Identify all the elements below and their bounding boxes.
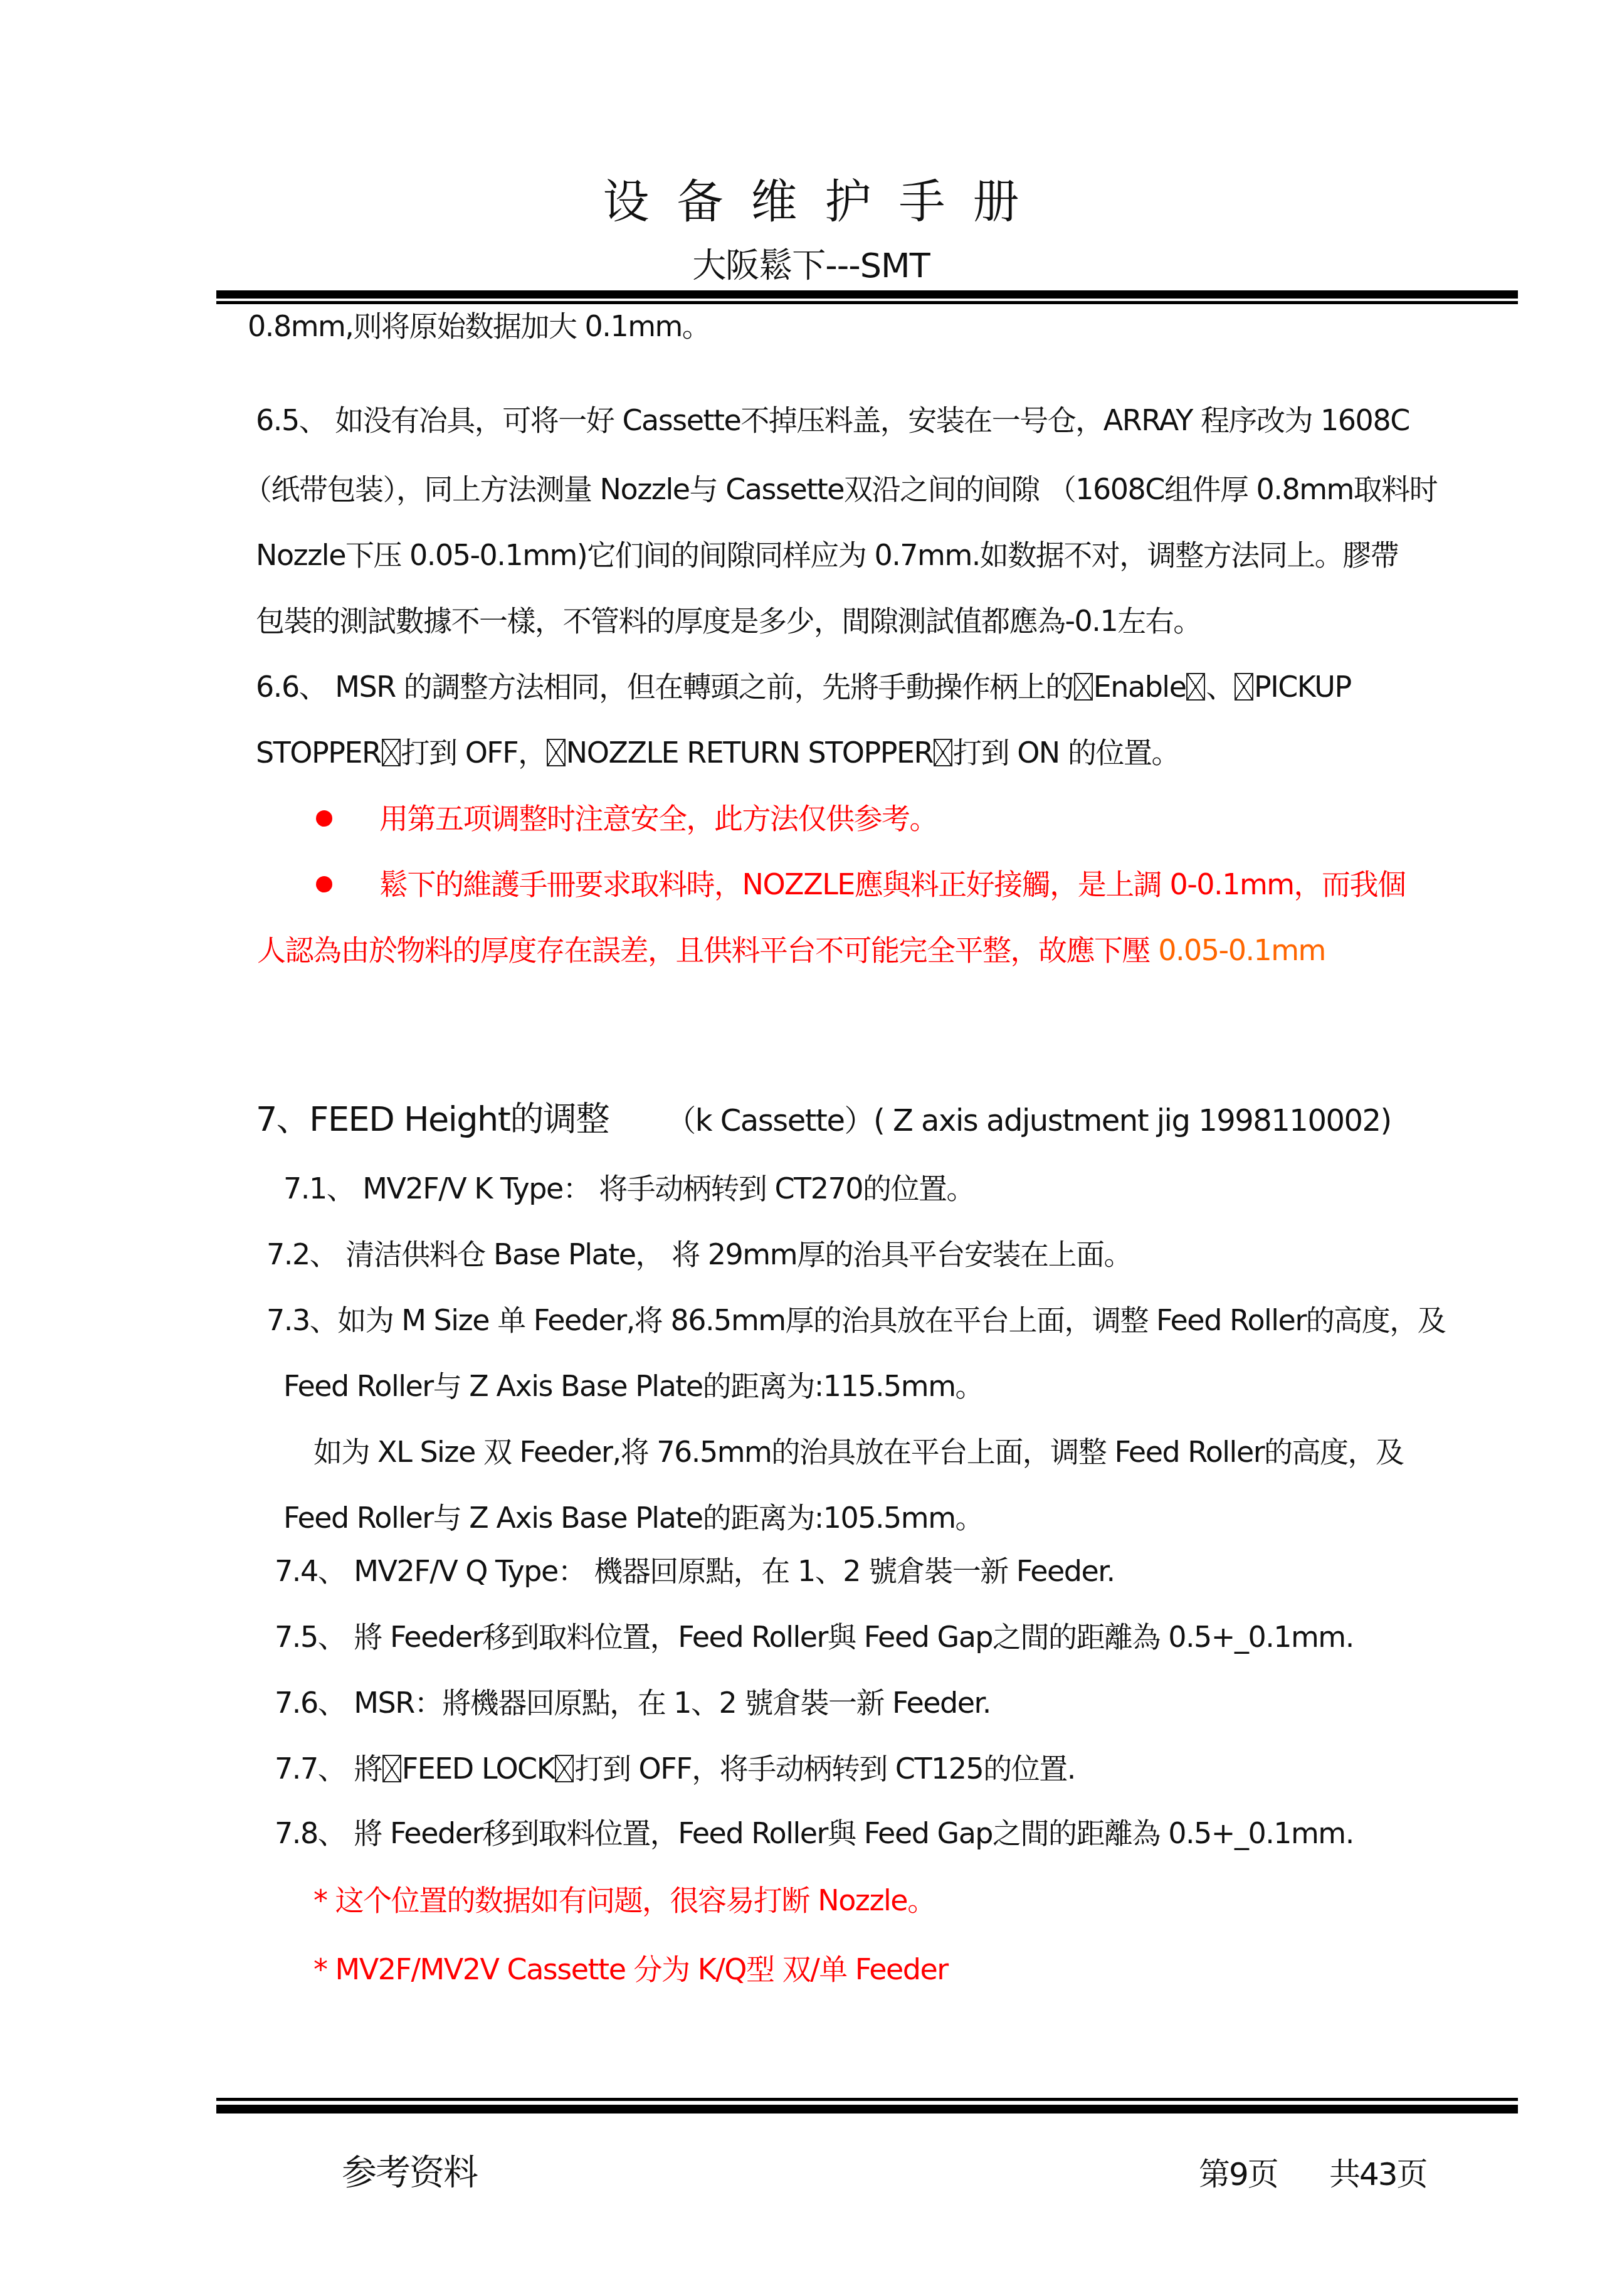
manual-note-line-1: 鬆下的維護手冊要求取料時，NOZZLE應與料正好接觸，是上調 0-0.1mm，而… xyxy=(379,865,1406,903)
item-7-1: 7.1、 MV2F/V K Type： 将手动柄转到 CT270的位置。 xyxy=(283,1170,974,1207)
section-6-5-line-2: （纸带包装），同上方法测量 Nozzle与 Cassette双沿之间的间隙 （1… xyxy=(243,470,1437,508)
separator: 、 xyxy=(1206,670,1234,704)
bullet-dot-icon xyxy=(316,876,332,892)
item-7-7-text-c: 打到 OFF，将手动柄转到 CT125的位置. xyxy=(574,1752,1075,1785)
missing-glyph-icon xyxy=(382,739,401,766)
footer-label: 参考资料 xyxy=(342,2151,477,2195)
page-total: 共43页 xyxy=(1329,2152,1427,2196)
manual-note-line-2: 人認為由於物料的厚度存在誤差，且供料平台不可能完全平整，故應下壓 0.05-0.… xyxy=(257,931,1325,969)
footer-rule-thin xyxy=(216,2098,1518,2101)
footer-rule-thick xyxy=(216,2105,1518,2113)
pickup-label: PICKUP xyxy=(1254,670,1351,704)
missing-glyph-icon xyxy=(547,739,566,766)
section-6-5-line-1: 6.5、 如没有冶具，可将一好 Cassette不掉压料盖，安装在一号仓，ARR… xyxy=(256,401,1409,439)
item-7-4: 7.4、 MV2F/V Q Type： 機器回原點，在 1、2 號倉裝一新 Fe… xyxy=(275,1552,1115,1590)
section-7-jig-note: （k Cassette）( Z axis adjustment jig 1998… xyxy=(666,1103,1391,1138)
section-6-6-text-d: 打到 ON 的位置。 xyxy=(953,736,1179,770)
stopper-label: STOPPER xyxy=(256,736,381,770)
section-6-5-line-3: Nozzle下压 0.05-0.1mm)它们间的间隙同样应为 0.7mm.如数据… xyxy=(256,536,1398,574)
section-7-heading: 7、FEED Height的调整 （k Cassette）( Z axis ad… xyxy=(256,1098,1391,1143)
item-7-6: 7.6、 MSR：將機器回原點，在 1、2 號倉裝一新 Feeder. xyxy=(275,1684,991,1722)
section-6-6-text-a: 6.6、 MSR 的調整方法相同，但在轉頭之前，先將手動操作柄上的 xyxy=(256,670,1073,704)
item-7-3-xl-line-1: 如为 XL Size 双 Feeder,将 76.5mm的治具放在平台上面，调整… xyxy=(313,1433,1404,1471)
document-title: 设备维护手册 xyxy=(0,164,1622,240)
nozzle-warning: * 这个位置的数据如有问题，很容易打断 Nozzle。 xyxy=(313,1881,935,1919)
press-down-value: 0.05-0.1mm xyxy=(1158,933,1325,967)
enable-label: Enable xyxy=(1093,670,1186,704)
missing-glyph-icon xyxy=(1074,673,1093,701)
bullet-dot-icon xyxy=(316,810,332,827)
section-6-6-line-1: 6.6、 MSR 的調整方法相同，但在轉頭之前，先將手動操作柄上的Enable、… xyxy=(256,668,1351,706)
header-rule-thick xyxy=(216,290,1518,299)
item-7-3-xl-line-2: Feed Roller与 Z Axis Base Plate的距离为:105.5… xyxy=(283,1499,983,1537)
nozzle-return-stopper-label: NOZZLE RETURN STOPPER xyxy=(566,736,933,770)
document-subtitle: 大阪鬆下---SMT xyxy=(0,243,1622,288)
section-6-6-line-2: STOPPER打到 OFF，NOZZLE RETURN STOPPER打到 ON… xyxy=(256,734,1179,771)
section-6-6-text-b: 打到 OFF， xyxy=(401,736,546,770)
item-7-2: 7.2、 清洁供料仓 Base Plate， 将 29mm厚的治具平台安装在上面… xyxy=(266,1235,1132,1273)
page-number: 第9页 xyxy=(1199,2152,1278,2196)
item-7-3-line-1: 7.3、如为 M Size 单 Feeder,将 86.5mm厚的治具放在平台上… xyxy=(266,1301,1445,1339)
item-7-7-text-a: 7.7、 將 xyxy=(275,1752,382,1785)
item-7-5: 7.5、 將 Feeder移到取料位置，Feed Roller與 Feed Ga… xyxy=(275,1618,1354,1656)
manual-note-text: 人認為由於物料的厚度存在誤差，且供料平台不可能完全平整，故應下壓 xyxy=(257,933,1158,967)
safety-note: 用第五项调整时注意安全，此方法仅供参考。 xyxy=(379,800,937,837)
missing-glyph-icon xyxy=(555,1755,574,1782)
missing-glyph-icon xyxy=(934,739,952,766)
missing-glyph-icon xyxy=(1186,673,1205,701)
header-rule-thin xyxy=(216,301,1518,304)
item-7-3-line-2: Feed Roller与 Z Axis Base Plate的距离为:115.5… xyxy=(283,1367,983,1405)
cassette-type-note: * MV2F/MV2V Cassette 分为 K/Q型 双/单 Feeder xyxy=(313,1950,948,1988)
section-7-title: 7、FEED Height的调整 xyxy=(256,1099,609,1139)
feed-lock-label: FEED LOCK xyxy=(402,1752,555,1785)
missing-glyph-icon xyxy=(1235,673,1253,701)
item-7-7: 7.7、 將FEED LOCK打到 OFF，将手动柄转到 CT125的位置. xyxy=(275,1750,1075,1787)
item-7-8: 7.8、 將 Feeder移到取料位置，Feed Roller與 Feed Ga… xyxy=(275,1814,1354,1852)
section-6-5-line-4: 包裝的測試數據不一樣，不管料的厚度是多少，間隙測試值都應為-0.1左右。 xyxy=(256,602,1201,640)
continuation-text: 0.8mm,则将原始数据加大 0.1mm。 xyxy=(248,307,710,345)
missing-glyph-icon xyxy=(382,1755,401,1782)
